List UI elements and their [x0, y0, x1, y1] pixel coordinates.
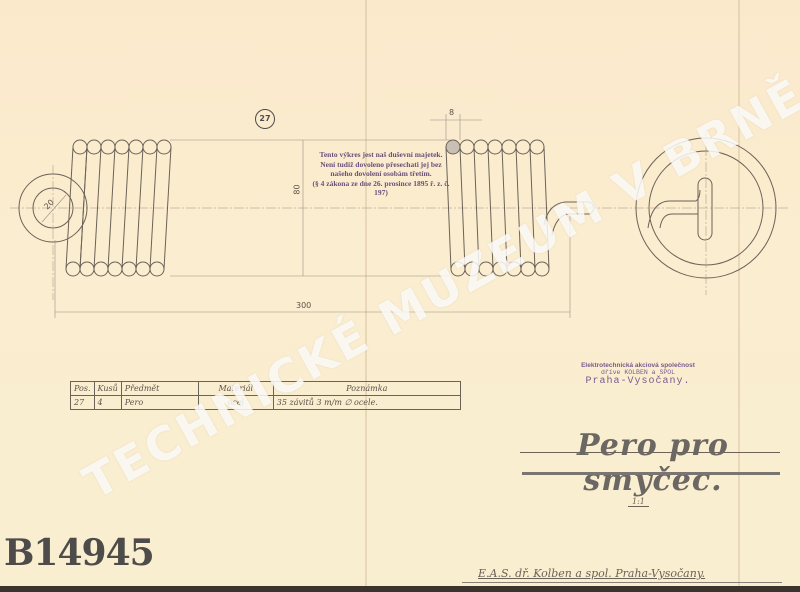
- inventory-number: B14945: [4, 532, 154, 574]
- drawing-sheet: 27 8 80 300 20 Tento výkres jest naš duš…: [0, 0, 800, 588]
- notice-line: našeho dovolení osobám třetím.: [306, 169, 456, 179]
- drawing-title: Pero pro smyčec.: [526, 428, 780, 498]
- maker-rule: [462, 582, 782, 583]
- header-qty: Kusů: [94, 382, 121, 396]
- notice-line: Není tudíž dovoleno přesechati jej bez: [306, 160, 456, 170]
- title-rule: [522, 472, 780, 475]
- notice-line: (§ 4 zákona ze dne 26. prosince 1895 ř. …: [306, 179, 456, 198]
- pitch-dimension: 8: [449, 108, 454, 117]
- header-pos: Pos.: [71, 382, 95, 396]
- stamp-line: Praha-Vysočany.: [568, 376, 708, 387]
- length-dimension: 300: [296, 301, 311, 310]
- maker-line: E.A.S. dř. Kolben a spol. Praha-Vysočany…: [478, 567, 705, 580]
- stamp-line: Elektrotechnická akciová společnost: [568, 362, 708, 369]
- diameter-dimension: 80: [293, 184, 302, 194]
- company-stamp: Elektrotechnická akciová společnost dřív…: [568, 362, 708, 387]
- notice-line: Tento výkres jest naš duševní majetek.: [306, 150, 456, 160]
- part-callout: 27: [255, 109, 275, 129]
- cell-pos: 27: [71, 396, 95, 410]
- ownership-notice: Tento výkres jest naš duševní majetek. N…: [306, 150, 456, 198]
- scan-edge: [0, 586, 800, 592]
- cell-qty: 4: [94, 396, 121, 410]
- stamp-line: dříve KOLBEN a SPOL: [568, 369, 708, 376]
- header-item: Předmět: [121, 382, 198, 396]
- scale-label: 1:1: [628, 497, 649, 507]
